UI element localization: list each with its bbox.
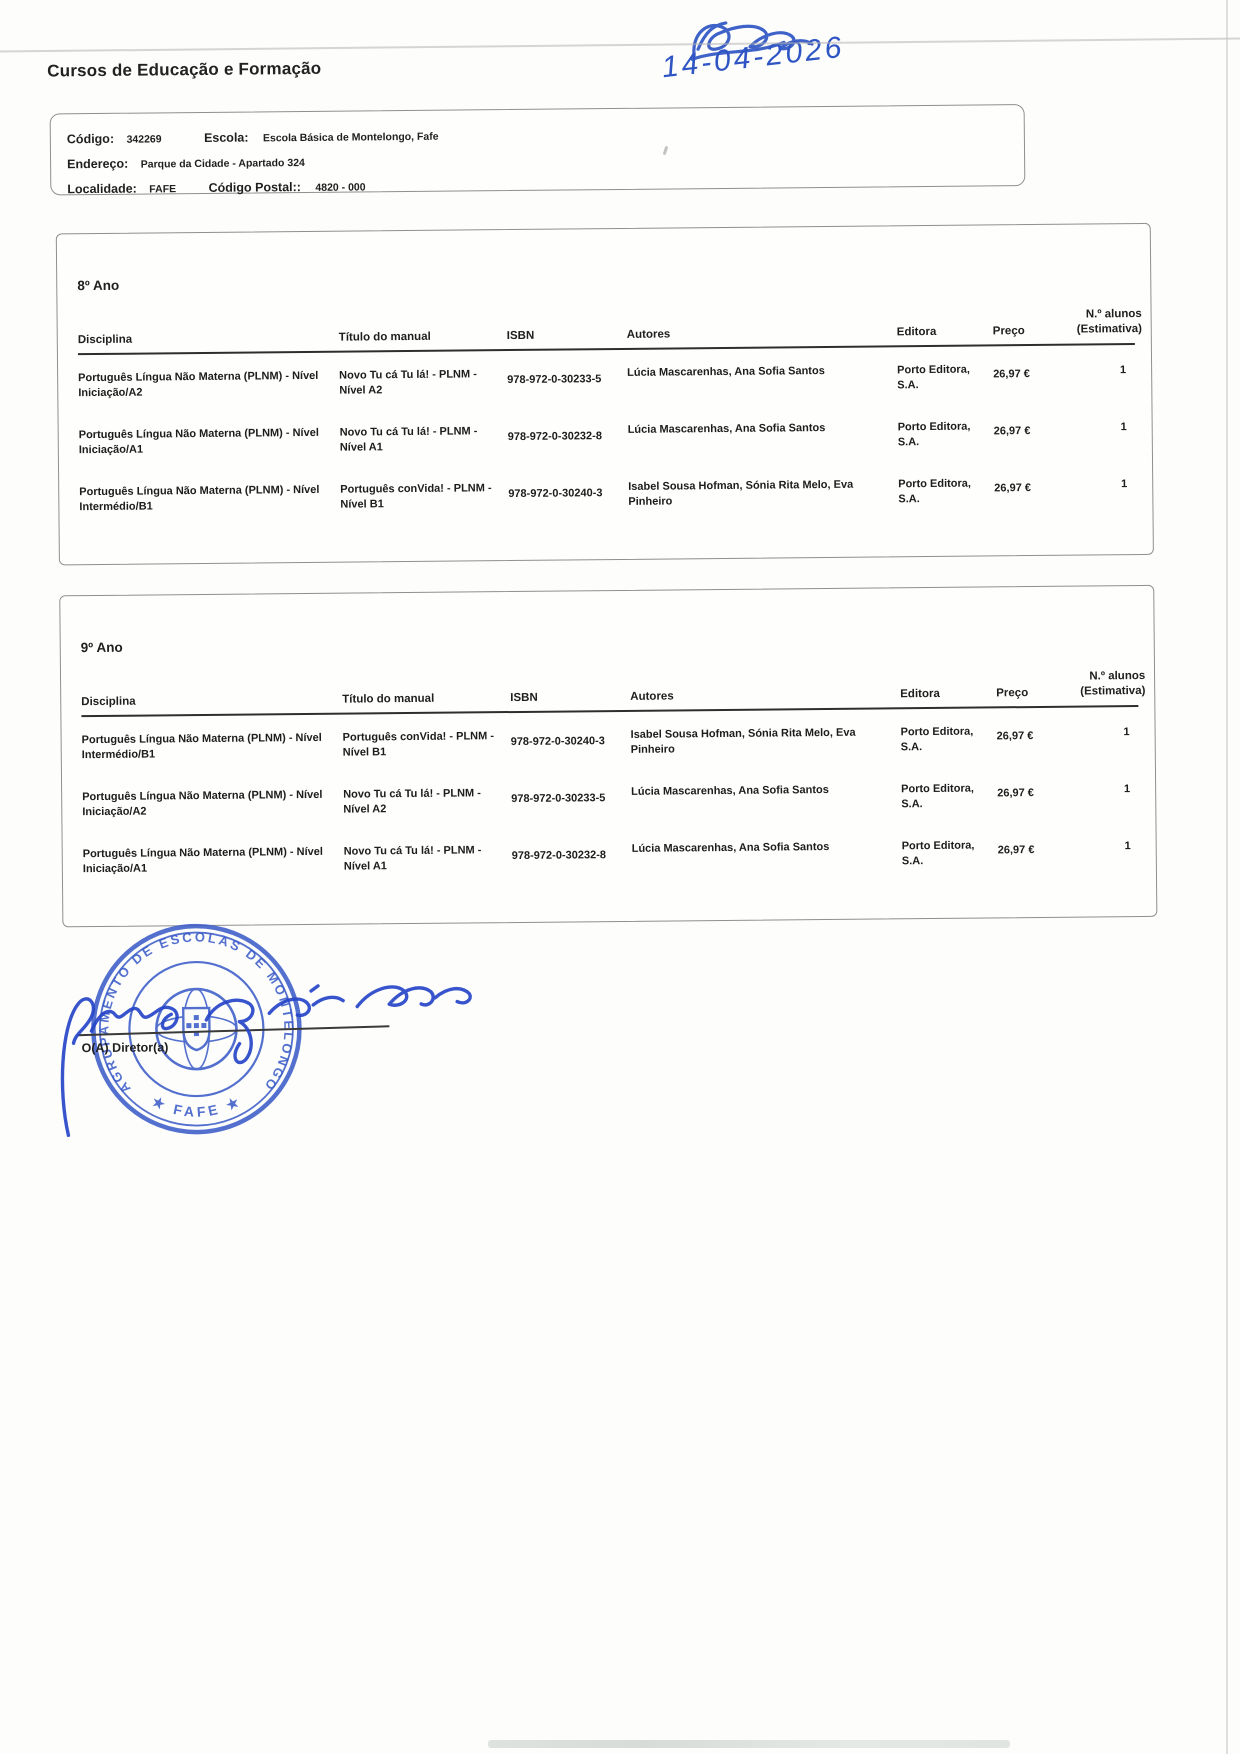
localidade-label: Localidade: (67, 182, 137, 197)
cell-editora: Porto Editora, S.A. (901, 724, 989, 767)
scan-page-right-edge (1226, 0, 1228, 1754)
cell-preco: 26,97 € (997, 781, 1073, 824)
cell-isbn: 978-972-0-30233-5 (507, 366, 619, 409)
endereco-label: Endereço: (67, 157, 128, 172)
header-preco: Preço (996, 687, 1072, 700)
cell-editora: Porto Editora, S.A. (901, 781, 989, 824)
manual-row: Português Língua Não Materna (PLNM) - Ní… (78, 346, 1135, 413)
cell-preco: 26,97 € (994, 419, 1070, 462)
cell-editora: Porto Editora, S.A. (897, 362, 985, 405)
cell-alunos: 1 (1081, 723, 1139, 766)
header-alunos-line1: N.º alunos (1077, 307, 1142, 322)
manual-row: Português Língua Não Materna (PLNM) - Ní… (78, 403, 1135, 470)
cell-alunos: 1 (1081, 780, 1139, 823)
codigo-postal-label: Código Postal:: (208, 180, 300, 195)
escola-label: Escola: (204, 131, 249, 145)
manual-row: Português Língua Não Materna (PLNM) - Ní… (79, 460, 1136, 527)
page-title: Cursos de Educação e Formação (47, 59, 321, 82)
localidade-value: FAFE (149, 183, 176, 195)
header-editora: Editora (900, 687, 988, 700)
year-label-9: 9º Ano (81, 640, 123, 655)
cell-titulo: Português conVida! - PLNM - Nível B1 (343, 729, 503, 773)
section-9-ano: 9º Ano Disciplina Título do manual ISBN … (59, 585, 1157, 927)
cell-isbn: 978-972-0-30240-3 (508, 480, 620, 523)
table-body: Português Língua Não Materna (PLNM) - Ní… (81, 708, 1140, 889)
cell-disciplina: Português Língua Não Materna (PLNM) - Ní… (79, 426, 332, 470)
cell-autores: Isabel Sousa Hofman, Sónia Rita Melo, Ev… (631, 725, 893, 770)
header-alunos: N.º alunos (Estimativa) (1077, 307, 1142, 336)
codigo-value: 342269 (126, 133, 161, 145)
cell-alunos: 1 (1078, 418, 1136, 461)
cell-titulo: Novo Tu cá Tu lá! - PLNM - Nível A1 (340, 424, 500, 468)
escola-value: Escola Básica de Montelongo, Fafe (263, 131, 439, 145)
cell-editora: Porto Editora, S.A. (898, 419, 986, 462)
cell-preco: 26,97 € (993, 362, 1069, 405)
cell-titulo: Novo Tu cá Tu lá! - PLNM - Nível A2 (343, 786, 503, 830)
header-autores: Autores (630, 688, 892, 703)
header-titulo: Título do manual (342, 692, 502, 706)
cell-alunos: 1 (1077, 361, 1135, 404)
header-alunos: N.º alunos (Estimativa) (1080, 669, 1145, 698)
cell-disciplina: Português Língua Não Materna (PLNM) - Ní… (79, 483, 332, 527)
table-body: Português Língua Não Materna (PLNM) - Ní… (78, 346, 1137, 527)
manual-row: Português Língua Não Materna (PLNM) - Ní… (83, 822, 1140, 889)
cell-autores: Lúcia Mascarenhas, Ana Sofia Santos (628, 420, 890, 465)
header-titulo: Título do manual (339, 330, 499, 344)
endereco-value: Parque da Cidade - Apartado 324 (141, 157, 305, 171)
codigo-postal-value: 4820 - 000 (315, 181, 365, 193)
school-info-box: Código: 342269 Escola: Escola Básica de … (50, 104, 1026, 195)
scan-bottom-smudge (488, 1740, 1010, 1748)
cell-autores: Isabel Sousa Hofman, Sónia Rita Melo, Ev… (628, 477, 890, 522)
cell-autores: Lúcia Mascarenhas, Ana Sofia Santos (627, 363, 889, 408)
header-disciplina: Disciplina (81, 694, 334, 708)
header-preco: Preço (993, 325, 1069, 338)
cell-autores: Lúcia Mascarenhas, Ana Sofia Santos (631, 782, 893, 827)
cell-titulo: Português conVida! - PLNM - Nível B1 (340, 481, 500, 525)
cell-alunos: 1 (1082, 837, 1140, 880)
cell-disciplina: Português Língua Não Materna (PLNM) - Ní… (82, 788, 335, 832)
manual-row: Português Língua Não Materna (PLNM) - Ní… (82, 765, 1139, 832)
cell-disciplina: Português Língua Não Materna (PLNM) - Ní… (82, 731, 335, 775)
cell-editora: Porto Editora, S.A. (898, 476, 986, 519)
scanned-page: Cursos de Educação e Formação 14-04-2026… (0, 0, 1240, 1754)
cell-titulo: Novo Tu cá Tu lá! - PLNM - Nível A1 (344, 843, 504, 887)
document-content: Cursos de Educação e Formação 14-04-2026… (0, 0, 1240, 1754)
cell-autores: Lúcia Mascarenhas, Ana Sofia Santos (632, 839, 894, 884)
cell-preco: 26,97 € (994, 476, 1070, 519)
manual-row: Português Língua Não Materna (PLNM) - Ní… (81, 708, 1138, 775)
director-signature-ink (41, 961, 543, 1156)
section-8-ano: 8º Ano Disciplina Título do manual ISBN … (56, 223, 1154, 565)
cell-preco: 26,97 € (998, 838, 1074, 881)
cell-disciplina: Português Língua Não Materna (PLNM) - Ní… (78, 369, 331, 413)
header-isbn: ISBN (507, 329, 619, 342)
header-editora: Editora (897, 325, 985, 338)
cell-alunos: 1 (1078, 475, 1136, 518)
cell-isbn: 978-972-0-30232-8 (508, 423, 620, 466)
cell-isbn: 978-972-0-30240-3 (511, 728, 623, 771)
year-label-8: 8º Ano (77, 278, 119, 293)
cell-disciplina: Português Língua Não Materna (PLNM) - Ní… (83, 845, 336, 889)
header-autores: Autores (627, 326, 889, 341)
cell-isbn: 978-972-0-30233-5 (511, 785, 623, 828)
cell-editora: Porto Editora, S.A. (902, 838, 990, 881)
cell-isbn: 978-972-0-30232-8 (512, 842, 624, 885)
header-alunos-line2: (Estimativa) (1080, 684, 1145, 699)
cell-preco: 26,97 € (997, 724, 1073, 767)
header-alunos-line1: N.º alunos (1080, 669, 1145, 684)
header-isbn: ISBN (510, 691, 622, 704)
header-alunos-line2: (Estimativa) (1077, 322, 1142, 337)
codigo-label: Código: (67, 132, 114, 146)
header-disciplina: Disciplina (78, 332, 331, 346)
cell-titulo: Novo Tu cá Tu lá! - PLNM - Nível A2 (339, 367, 499, 411)
